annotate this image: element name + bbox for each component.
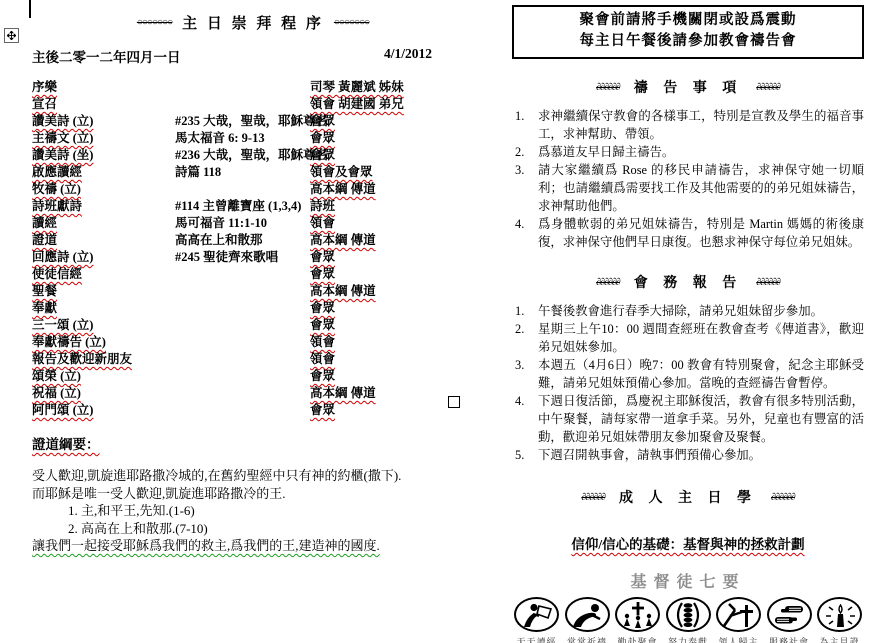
program-item: 頌榮 (立) bbox=[32, 368, 175, 385]
list-item: 4.下週日復活節，爲慶祝主耶穌復活，教會有很多特別活動，中午聚餐，請每家帶一道拿… bbox=[512, 392, 864, 446]
chain-ornament-icon: ○○○○○○○ bbox=[334, 17, 369, 28]
program-row: 頌榮 (立)會眾 bbox=[32, 368, 474, 385]
program-row: 聖餐高本綱 傳道 bbox=[32, 283, 474, 300]
program-item: 回應詩 (立) bbox=[32, 249, 175, 266]
list-item: 2.星期三上午10：00 週間查經班在教會查考《傳道書》，歡迎弟兄姐妹參加。 bbox=[512, 320, 864, 356]
program-row: 宣召領會 胡建國 弟兄 bbox=[32, 96, 474, 113]
report-heading-text: 會 務 報 告 bbox=[634, 272, 743, 292]
program-detail bbox=[175, 402, 310, 419]
scroll-ornament-icon: ∂∂∂∂∂∂ bbox=[756, 277, 780, 288]
program-item: 主禱文 (立) bbox=[32, 130, 175, 147]
program-item: 奉獻禱告 (立) bbox=[32, 334, 175, 351]
program-row: 啟應讀經詩篇 118領會及會眾 bbox=[32, 164, 474, 181]
sermon-line: 1. 主,和平王,先知.(1-6) bbox=[32, 502, 474, 520]
chain-ornament-icon: ○○○○○○○ bbox=[137, 17, 172, 28]
program-detail: #235 大哉，聖哉，耶穌尊名 bbox=[175, 113, 310, 130]
program-who: 會眾 bbox=[310, 300, 474, 317]
scroll-ornament-icon: ∂∂∂∂∂∂ bbox=[756, 82, 780, 93]
program-row: 證道高高在上和散那高本綱 傳道 bbox=[32, 232, 474, 249]
program-who: 高本綱 傳道 bbox=[310, 385, 474, 402]
list-item: 2.爲慕道友早日歸主禱告。 bbox=[512, 143, 864, 161]
program-who: 會眾 bbox=[310, 249, 474, 266]
program-detail bbox=[175, 300, 310, 317]
program-detail bbox=[175, 266, 310, 283]
praying-icon bbox=[565, 597, 610, 632]
scroll-ornament-icon: ∂∂∂∂∂∂ bbox=[581, 492, 605, 503]
sunday-school-topic: 信仰/信心的基礎：基督與神的拯救計劃 bbox=[512, 533, 864, 553]
seven-essentials-row: 天天讀經 常常祈禱 bbox=[512, 597, 864, 643]
program-who: 領會 胡建國 弟兄 bbox=[310, 96, 474, 113]
program-row: 三一頌 (立)會眾 bbox=[32, 317, 474, 334]
program-row: 回應詩 (立)#245 聖徒齊來歌唱會眾 bbox=[32, 249, 474, 266]
seven-item-label: 領人歸主 bbox=[714, 635, 763, 643]
sunday-school-heading: ∂∂∂∂∂∂ 成 人 主 日 學 ∂∂∂∂∂∂ bbox=[512, 487, 864, 507]
announcements-column: 聚會前請將手機關閉或設爲震動 每主日午餐後請參加教會禱告會 ∂∂∂∂∂∂ 禱 告… bbox=[512, 5, 864, 643]
sunday-school-heading-text: 成 人 主 日 學 bbox=[619, 487, 757, 507]
program-row: 主禱文 (立)馬太福音 6: 9-13會眾 bbox=[32, 130, 474, 147]
program-who: 領會 bbox=[310, 215, 474, 232]
program-detail: 高高在上和散那 bbox=[175, 232, 310, 249]
program-item: 使徒信經 bbox=[32, 266, 175, 283]
program-item: 報告及歡迎新朋友 bbox=[32, 351, 175, 368]
report-list: 1.午餐後教會進行春季大掃除，請弟兄姐妹留步參加。2.星期三上午10：00 週間… bbox=[512, 302, 864, 464]
bulletin-page: ○○○○○○○ 主 日 崇 拜 程 序 ○○○○○○○ 主後二零一二年四月一日 … bbox=[0, 0, 876, 643]
program-who: 會眾 bbox=[310, 147, 474, 164]
seven-essentials-title: 基督徒七要 bbox=[512, 569, 864, 592]
program-detail: 馬太福音 6: 9-13 bbox=[175, 130, 310, 147]
program-row: 祝福 (立)高本綱 傳道 bbox=[32, 385, 474, 402]
seven-item-label: 努力奉獻 bbox=[664, 635, 713, 643]
program-item: 宣召 bbox=[32, 96, 175, 113]
program-detail bbox=[175, 283, 310, 300]
list-item: 1.求神繼續保守教會的各樣事工，特別是宣教及學生的福音事工，求神幫助、帶領。 bbox=[512, 107, 864, 143]
sermon-line: 而耶穌是唯一受人歡迎,凱旋進耶路撒冷的王. bbox=[32, 485, 474, 503]
program-detail: 詩篇 118 bbox=[175, 164, 310, 181]
program-detail bbox=[175, 368, 310, 385]
serving-hands-icon bbox=[767, 597, 812, 632]
program-detail bbox=[175, 351, 310, 368]
list-item: 4.爲身體軟弱的弟兄姐妹禱告，特別是 Martin 媽媽的術後康復，求神保守他們… bbox=[512, 215, 864, 251]
seven-item: 為主見證 bbox=[815, 597, 864, 643]
program-detail: #114 主曾離寶座 (1,3,4) bbox=[175, 198, 310, 215]
program-item: 詩班獻詩 bbox=[32, 198, 175, 215]
offering-icon bbox=[666, 597, 711, 632]
seven-item: 服務社會 bbox=[765, 597, 814, 643]
report-section-heading: ∂∂∂∂∂∂ 會 務 報 告 ∂∂∂∂∂∂ bbox=[512, 272, 864, 292]
sermon-outline: 受人歡迎,凱旋進耶路撒冷城的,在舊約聖經中只有神的約櫃(撒下).而耶穌是唯一受人… bbox=[32, 467, 474, 555]
program-who: 領會 bbox=[310, 334, 474, 351]
program-item: 聖餐 bbox=[32, 283, 175, 300]
church-gathering-icon bbox=[615, 597, 660, 632]
seven-item: 天天讀經 bbox=[512, 597, 561, 643]
program-who: 會眾 bbox=[310, 266, 474, 283]
list-item: 1.午餐後教會進行春季大掃除，請弟兄姐妹留步參加。 bbox=[512, 302, 864, 320]
program-row: 讀經馬可福音 11:1-10領會 bbox=[32, 215, 474, 232]
program-who: 詩班 bbox=[310, 198, 474, 215]
program-detail bbox=[175, 334, 310, 351]
program-row: 讚美詩 (坐)#236 大哉，聖哉，耶穌尊名會眾 bbox=[32, 147, 474, 164]
seven-item-label: 天天讀經 bbox=[512, 635, 561, 643]
sermon-line: 受人歡迎,凱旋進耶路撒冷城的,在舊約聖經中只有神的約櫃(撒下). bbox=[32, 467, 474, 485]
seven-item-label: 服務社會 bbox=[765, 635, 814, 643]
list-item: 3.本週五（4月6日）晚7：00 教會有特別聚會，紀念主耶穌受難，請弟兄姐妹預備… bbox=[512, 356, 864, 392]
table-move-handle-icon[interactable] bbox=[4, 28, 19, 43]
program-who: 高本綱 傳道 bbox=[310, 181, 474, 198]
seven-item: 勤赴聚會 bbox=[613, 597, 662, 643]
seven-item-label: 勤赴聚會 bbox=[613, 635, 662, 643]
program-item: 牧禱 (立) bbox=[32, 181, 175, 198]
program-row: 報告及歡迎新朋友領會 bbox=[32, 351, 474, 368]
program-detail: 馬可福音 11:1-10 bbox=[175, 215, 310, 232]
list-item: 5.下週召開執事會，請執事們預備心參加。 bbox=[512, 446, 864, 464]
program-title-row: ○○○○○○○ 主 日 崇 拜 程 序 ○○○○○○○ bbox=[32, 12, 474, 33]
notice-box: 聚會前請將手機關閉或設爲震動 每主日午餐後請參加教會禱告會 bbox=[512, 5, 864, 59]
program-who: 會眾 bbox=[310, 113, 474, 130]
sunday-school-topic-text: 信仰/信心的基礎：基督與神的拯救計劃 bbox=[571, 537, 804, 552]
seven-item: 常常祈禱 bbox=[563, 597, 612, 643]
reading-bible-icon bbox=[514, 597, 559, 632]
program-detail: #245 聖徒齊來歌唱 bbox=[175, 249, 310, 266]
date-chinese: 主後二零一二年四月一日 bbox=[32, 46, 181, 66]
date-numeric: 4/1/2012 bbox=[384, 46, 432, 66]
program-who: 會眾 bbox=[310, 402, 474, 419]
program-detail bbox=[175, 79, 310, 96]
prayer-heading-text: 禱 告 事 項 bbox=[634, 77, 743, 97]
date-row: 主後二零一二年四月一日 4/1/2012 bbox=[32, 46, 432, 66]
notice-line-2: 每主日午餐後請參加教會禱告會 bbox=[520, 31, 856, 52]
program-item: 讚美詩 (立) bbox=[32, 113, 175, 130]
seven-item-label: 為主見證 bbox=[815, 635, 864, 643]
sermon-line: 2. 高高在上和散那.(7-10) bbox=[32, 520, 474, 538]
program-table: 序樂司琴 黃麗斌 姊妹宣召領會 胡建國 弟兄讚美詩 (立)#235 大哉，聖哉，… bbox=[32, 79, 474, 419]
program-title: 主 日 崇 拜 程 序 bbox=[182, 12, 324, 33]
program-who: 會眾 bbox=[310, 368, 474, 385]
program-item: 證道 bbox=[32, 232, 175, 249]
program-who: 領會 bbox=[310, 351, 474, 368]
scroll-ornament-icon: ∂∂∂∂∂∂ bbox=[596, 82, 620, 93]
sermon-outline-heading: 證道綱要： bbox=[32, 433, 474, 453]
scroll-ornament-icon: ∂∂∂∂∂∂ bbox=[771, 492, 795, 503]
program-detail: #236 大哉，聖哉，耶穌尊名 bbox=[175, 147, 310, 164]
program-row: 牧禱 (立)高本綱 傳道 bbox=[32, 181, 474, 198]
sermon-line: 讓我們一起接受耶穌爲我們的救主,爲我們的王,建造神的國度. bbox=[32, 537, 474, 555]
prayer-list: 1.求神繼續保守教會的各樣事工，特別是宣教及學生的福音事工，求神幫助、帶領。2.… bbox=[512, 107, 864, 251]
program-row: 序樂司琴 黃麗斌 姊妹 bbox=[32, 79, 474, 96]
program-row: 使徒信經會眾 bbox=[32, 266, 474, 283]
notice-line-1: 聚會前請將手機關閉或設爲震動 bbox=[520, 10, 856, 31]
program-who: 會眾 bbox=[310, 317, 474, 334]
service-program-column: ○○○○○○○ 主 日 崇 拜 程 序 ○○○○○○○ 主後二零一二年四月一日 … bbox=[32, 8, 474, 555]
program-item: 啟應讀經 bbox=[32, 164, 175, 181]
seven-item: 努力奉獻 bbox=[664, 597, 713, 643]
list-item: 3.請大家繼續爲 Rose 的移民申請禱告，求神保守她一切順利；也請繼續爲需要找… bbox=[512, 161, 864, 215]
text-caret bbox=[29, 0, 31, 18]
program-row: 奉獻會眾 bbox=[32, 300, 474, 317]
scroll-ornament-icon: ∂∂∂∂∂∂ bbox=[596, 277, 620, 288]
program-item: 三一頌 (立) bbox=[32, 317, 175, 334]
soul-winning-icon bbox=[716, 597, 761, 632]
program-item: 序樂 bbox=[32, 79, 175, 96]
program-detail bbox=[175, 317, 310, 334]
program-item: 阿門頌 (立) bbox=[32, 402, 175, 419]
program-who: 會眾 bbox=[310, 130, 474, 147]
seven-item: 領人歸主 bbox=[714, 597, 763, 643]
program-row: 詩班獻詩#114 主曾離寶座 (1,3,4)詩班 bbox=[32, 198, 474, 215]
program-who: 司琴 黃麗斌 姊妹 bbox=[310, 79, 474, 96]
program-detail bbox=[175, 385, 310, 402]
program-detail bbox=[175, 96, 310, 113]
program-item: 讀經 bbox=[32, 215, 175, 232]
program-row: 阿門頌 (立)會眾 bbox=[32, 402, 474, 419]
program-row: 奉獻禱告 (立)領會 bbox=[32, 334, 474, 351]
program-who: 領會及會眾 bbox=[310, 164, 474, 181]
program-item: 讚美詩 (坐) bbox=[32, 147, 175, 164]
program-detail bbox=[175, 181, 310, 198]
program-item: 奉獻 bbox=[32, 300, 175, 317]
candle-witness-icon bbox=[817, 597, 862, 632]
program-row: 讚美詩 (立)#235 大哉，聖哉，耶穌尊名會眾 bbox=[32, 113, 474, 130]
seven-item-label: 常常祈禱 bbox=[563, 635, 612, 643]
prayer-section-heading: ∂∂∂∂∂∂ 禱 告 事 項 ∂∂∂∂∂∂ bbox=[512, 77, 864, 97]
program-who: 高本綱 傳道 bbox=[310, 232, 474, 249]
program-who: 高本綱 傳道 bbox=[310, 283, 474, 300]
program-item: 祝福 (立) bbox=[32, 385, 175, 402]
